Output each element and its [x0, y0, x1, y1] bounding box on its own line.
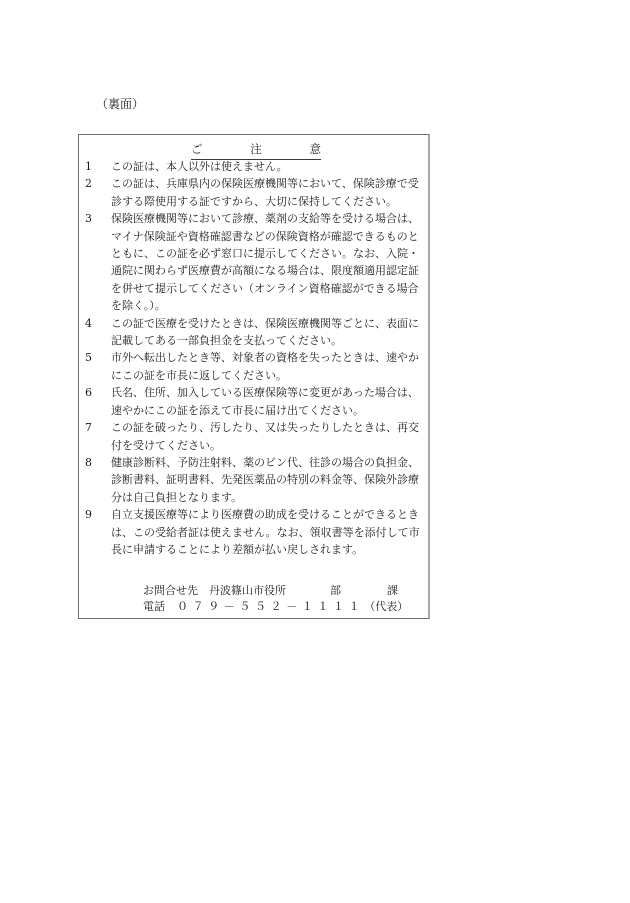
notice-title-char-1: ご [191, 142, 203, 158]
notice-title-char-2: 注 [250, 142, 262, 158]
item-text: 保険医療機関等において診療、薬剤の支給等を受ける場合は、マイナ保険証や資格確認書… [97, 210, 425, 314]
phone-number: ０７９－５５２－１１１１ [177, 599, 364, 615]
contact-label: お問合せ先 [143, 583, 198, 599]
item-text: この証で医療を受けたときは、保険医療機関等ごとに、表面に記載してある一部負担金を… [97, 315, 425, 350]
item-text: 氏名、住所、加入している医療保険等に変更があった場合は、速やかにこの証を添えて市… [97, 384, 425, 419]
contact-office-row: お問合せ先 丹波篠山市役所 部 課 [143, 583, 418, 599]
notice-item-6: 6 氏名、住所、加入している医療保険等に変更があった場合は、速やかにこの証を添え… [85, 384, 425, 419]
phone-label: 電話 [143, 599, 165, 615]
back-side-label: （裏面） [96, 96, 144, 112]
phone-note: （代表） [364, 599, 408, 615]
item-text: この証は、本人以外は使えません。 [97, 158, 425, 175]
notice-item-5: 5 市外へ転出したとき等、対象者の資格を失ったときは、速やかにこの証を市長に返し… [85, 349, 425, 384]
notice-item-8: 8 健康診断料、予防注射料、薬のビン代、往診の場合の負担金、診断書料、証明書料、… [85, 454, 425, 506]
notice-item-9: 9 自立支援医療等により医療費の助成を受けることができるときは、この受給者証は使… [85, 506, 425, 558]
notice-item-2: 2 この証は、兵庫県内の保険医療機関等において、保険診療で受診する際使用する証で… [85, 175, 425, 210]
notice-box: ご 注 意 1 この証は、本人以外は使えません。 2 この証は、兵庫県内の保険医… [78, 134, 430, 619]
notice-item-1: 1 この証は、本人以外は使えません。 [85, 158, 425, 175]
contact-section: 課 [387, 583, 398, 599]
notice-item-4: 4 この証で医療を受けたときは、保険医療機関等ごとに、表面に記載してある一部負担… [85, 315, 425, 350]
notice-title-char-3: 意 [310, 142, 322, 158]
contact-office: 丹波篠山市役所 [209, 583, 286, 599]
notice-item-3: 3 保険医療機関等において診療、薬剤の支給等を受ける場合は、マイナ保険証や資格確… [85, 210, 425, 314]
contact-phone-row: 電話 ０７９－５５２－１１１１ （代表） [143, 599, 418, 615]
contact-department: 部 [330, 583, 341, 599]
notice-item-7: 7 この証を破ったり、汚したり、又は失ったりしたときは、再交付を受けてください。 [85, 419, 425, 454]
notice-list: 1 この証は、本人以外は使えません。 2 この証は、兵庫県内の保険医療機関等にお… [85, 158, 425, 558]
item-text: 自立支援医療等により医療費の助成を受けることができるときは、この受給者証は使えま… [97, 506, 425, 558]
item-text: 健康診断料、予防注射料、薬のビン代、往診の場合の負担金、診断書料、証明書料、先発… [97, 454, 425, 506]
item-text: 市外へ転出したとき等、対象者の資格を失ったときは、速やかにこの証を市長に返してく… [97, 349, 425, 384]
item-text: この証を破ったり、汚したり、又は失ったりしたときは、再交付を受けてください。 [97, 419, 425, 454]
contact-info: お問合せ先 丹波篠山市役所 部 課 電話 ０７９－５５２－１１１１ （代表） [143, 583, 418, 615]
item-text: この証は、兵庫県内の保険医療機関等において、保険診療で受診する際使用する証ですか… [97, 175, 425, 210]
